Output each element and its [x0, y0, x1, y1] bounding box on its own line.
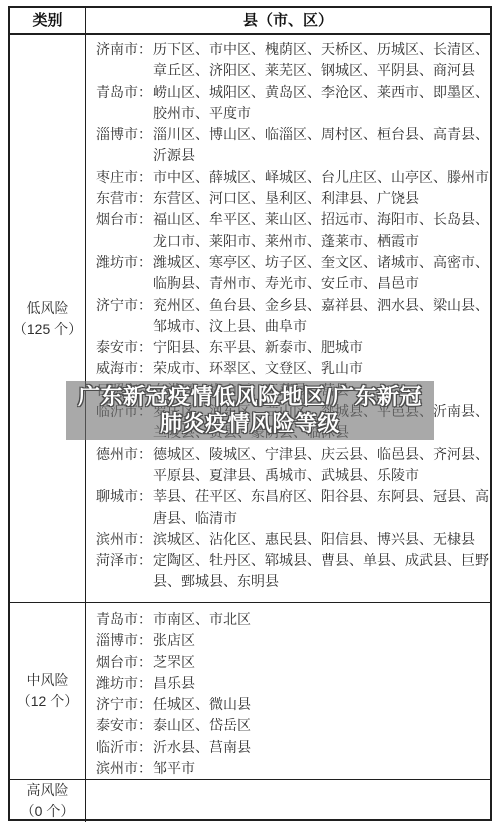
- district-list: 兖州区、鱼台县、金乡县、嘉祥县、泗水县、梁山县、邹城市、汶上县、曲阜市: [153, 295, 492, 338]
- district-list: 任城区、微山县: [153, 694, 492, 715]
- table-row: 济宁市：兖州区、鱼台县、金乡县、嘉祥县、泗水县、梁山县、邹城市、汶上县、曲阜市: [96, 295, 490, 338]
- table-row: 青岛市：市南区、市北区: [96, 609, 490, 630]
- watermark-line2: 肺炎疫情风险等级: [70, 410, 430, 437]
- risk-count-label: （125 个）: [13, 319, 82, 340]
- district-list: 沂水县、莒南县: [153, 737, 492, 758]
- city-name: 淄博市：: [96, 630, 153, 651]
- city-name: 滨州市：: [96, 758, 153, 779]
- table-row: 菏泽市：定陶区、牡丹区、郓城县、曹县、单县、成武县、巨野县、鄄城县、东明县: [96, 550, 490, 593]
- district-list: 滨城区、沾化区、惠民县、阳信县、博兴县、无棣县: [153, 529, 492, 550]
- low-risk-label-cell: 低风险 （125 个）: [10, 35, 86, 602]
- table-row: 聊城市：莘县、茌平区、东昌府区、阳谷县、东阿县、冠县、高唐县、临清市: [96, 486, 490, 529]
- section-high-risk: 高风险 （0 个）: [10, 780, 490, 822]
- city-name: 菏泽市：: [96, 550, 153, 571]
- district-list: 定陶区、牡丹区、郓城县、曹县、单县、成武县、巨野县、鄄城县、东明县: [153, 550, 492, 593]
- district-list: 东营区、河口区、垦利区、利津县、广饶县: [153, 188, 492, 209]
- city-name: 枣庄市：: [96, 167, 153, 188]
- district-list: 张店区: [153, 630, 492, 651]
- city-name: 青岛市：: [96, 82, 153, 103]
- table-row: 枣庄市：市中区、薛城区、峄城区、台儿庄区、山亭区、滕州市: [96, 167, 490, 188]
- risk-level-label: 中风险: [27, 670, 69, 691]
- district-list: 邹平市: [153, 758, 492, 779]
- table-row: 济宁市：任城区、微山县: [96, 694, 490, 715]
- city-name: 聊城市：: [96, 486, 153, 507]
- table-row: 烟台市：福山区、牟平区、莱山区、招远市、海阳市、长岛县、龙口市、莱阳市、莱州市、…: [96, 209, 490, 252]
- city-name: 青岛市：: [96, 609, 153, 630]
- district-list: 市南区、市北区: [153, 609, 492, 630]
- table-row: 临沂市：沂水县、莒南县: [96, 737, 490, 758]
- district-list: 荣成市、环翠区、文登区、乳山市: [153, 358, 492, 379]
- high-risk-rows: [86, 780, 490, 822]
- city-name: 滨州市：: [96, 529, 153, 550]
- district-list: 市中区、薛城区、峄城区、台儿庄区、山亭区、滕州市: [153, 167, 492, 188]
- district-list: 宁阳县、东平县、新泰市、肥城市: [153, 337, 492, 358]
- table-header: 类别 县（市、区）: [10, 8, 490, 35]
- risk-level-label: 高风险: [27, 780, 69, 801]
- district-list: 淄川区、博山区、临淄区、周村区、桓台县、高青县、沂源县: [153, 124, 492, 167]
- city-name: 济宁市：: [96, 694, 153, 715]
- low-risk-rows: 济南市：历下区、市中区、槐荫区、天桥区、历城区、长清区、章丘区、济阳区、莱芜区、…: [86, 35, 490, 602]
- table-row: 青岛市：崂山区、城阳区、黄岛区、李沧区、莱西市、即墨区、胶州市、平度市: [96, 82, 490, 125]
- header-county: 县（市、区）: [86, 8, 490, 33]
- table-row: 潍坊市：昌乐县: [96, 673, 490, 694]
- table-row: 烟台市：芝罘区: [96, 652, 490, 673]
- city-name: 潍坊市：: [96, 252, 153, 273]
- district-list: 德城区、陵城区、宁津县、庆云县、临邑县、齐河县、平原县、夏津县、禹城市、武城县、…: [153, 444, 492, 487]
- mid-risk-rows: 青岛市：市南区、市北区淄博市：张店区烟台市：芝罘区潍坊市：昌乐县济宁市：任城区、…: [86, 603, 490, 779]
- table-row: 泰安市：泰山区、岱岳区: [96, 715, 490, 736]
- district-list: 潍城区、寒亭区、坊子区、奎文区、诸城市、高密市、临朐县、青州市、寿光市、安丘市、…: [153, 252, 492, 295]
- high-risk-label-cell: 高风险 （0 个）: [10, 780, 86, 822]
- header-category: 类别: [10, 8, 86, 33]
- city-name: 济宁市：: [96, 295, 153, 316]
- table-row: 滨州市：邹平市: [96, 758, 490, 779]
- table-row: 东营市：东营区、河口区、垦利区、利津县、广饶县: [96, 188, 490, 209]
- risk-count-label: （12 个）: [17, 691, 78, 712]
- city-name: 潍坊市：: [96, 673, 153, 694]
- mid-risk-label-cell: 中风险 （12 个）: [10, 603, 86, 779]
- city-name: 德州市：: [96, 444, 153, 465]
- city-name: 临沂市：: [96, 737, 153, 758]
- city-name: 烟台市：: [96, 652, 153, 673]
- district-list: 福山区、牟平区、莱山区、招远市、海阳市、长岛县、龙口市、莱阳市、莱州市、蓬莱市、…: [153, 209, 492, 252]
- watermark-line1: 广东新冠疫情低风险地区/广东新冠: [70, 383, 430, 410]
- city-name: 东营市：: [96, 188, 153, 209]
- city-name: 泰安市：: [96, 715, 153, 736]
- city-name: 威海市：: [96, 358, 153, 379]
- district-list: 昌乐县: [153, 673, 492, 694]
- table-row: 淄博市：淄川区、博山区、临淄区、周村区、桓台县、高青县、沂源县: [96, 124, 490, 167]
- risk-count-label: （0 个）: [21, 801, 75, 822]
- table-row: 济南市：历下区、市中区、槐荫区、天桥区、历城区、长清区、章丘区、济阳区、莱芜区、…: [96, 39, 490, 82]
- table-row: 潍坊市：潍城区、寒亭区、坊子区、奎文区、诸城市、高密市、临朐县、青州市、寿光市、…: [96, 252, 490, 295]
- table-row: 德州市：德城区、陵城区、宁津县、庆云县、临邑县、齐河县、平原县、夏津县、禹城市、…: [96, 444, 490, 487]
- watermark-overlay: 广东新冠疫情低风险地区/广东新冠 肺炎疫情风险等级: [66, 381, 434, 440]
- table-row: 泰安市：宁阳县、东平县、新泰市、肥城市: [96, 337, 490, 358]
- district-list: 历下区、市中区、槐荫区、天桥区、历城区、长清区、章丘区、济阳区、莱芜区、钢城区、…: [153, 39, 492, 82]
- page: 类别 县（市、区） 低风险 （125 个） 济南市：历下区、市中区、槐荫区、天桥…: [0, 0, 500, 825]
- city-name: 济南市：: [96, 39, 153, 60]
- district-list: 崂山区、城阳区、黄岛区、李沧区、莱西市、即墨区、胶州市、平度市: [153, 82, 492, 125]
- section-mid-risk: 中风险 （12 个） 青岛市：市南区、市北区淄博市：张店区烟台市：芝罘区潍坊市：…: [10, 603, 490, 780]
- table-row: 威海市：荣成市、环翠区、文登区、乳山市: [96, 358, 490, 379]
- district-list: 泰山区、岱岳区: [153, 715, 492, 736]
- city-name: 淄博市：: [96, 124, 153, 145]
- city-name: 烟台市：: [96, 209, 153, 230]
- risk-level-label: 低风险: [27, 298, 69, 319]
- district-list: 芝罘区: [153, 652, 492, 673]
- table-row: 滨州市：滨城区、沾化区、惠民县、阳信县、博兴县、无棣县: [96, 529, 490, 550]
- city-name: 泰安市：: [96, 337, 153, 358]
- district-list: 莘县、茌平区、东昌府区、阳谷县、东阿县、冠县、高唐县、临清市: [153, 486, 492, 529]
- table-row: 淄博市：张店区: [96, 630, 490, 651]
- section-low-risk: 低风险 （125 个） 济南市：历下区、市中区、槐荫区、天桥区、历城区、长清区、…: [10, 35, 490, 603]
